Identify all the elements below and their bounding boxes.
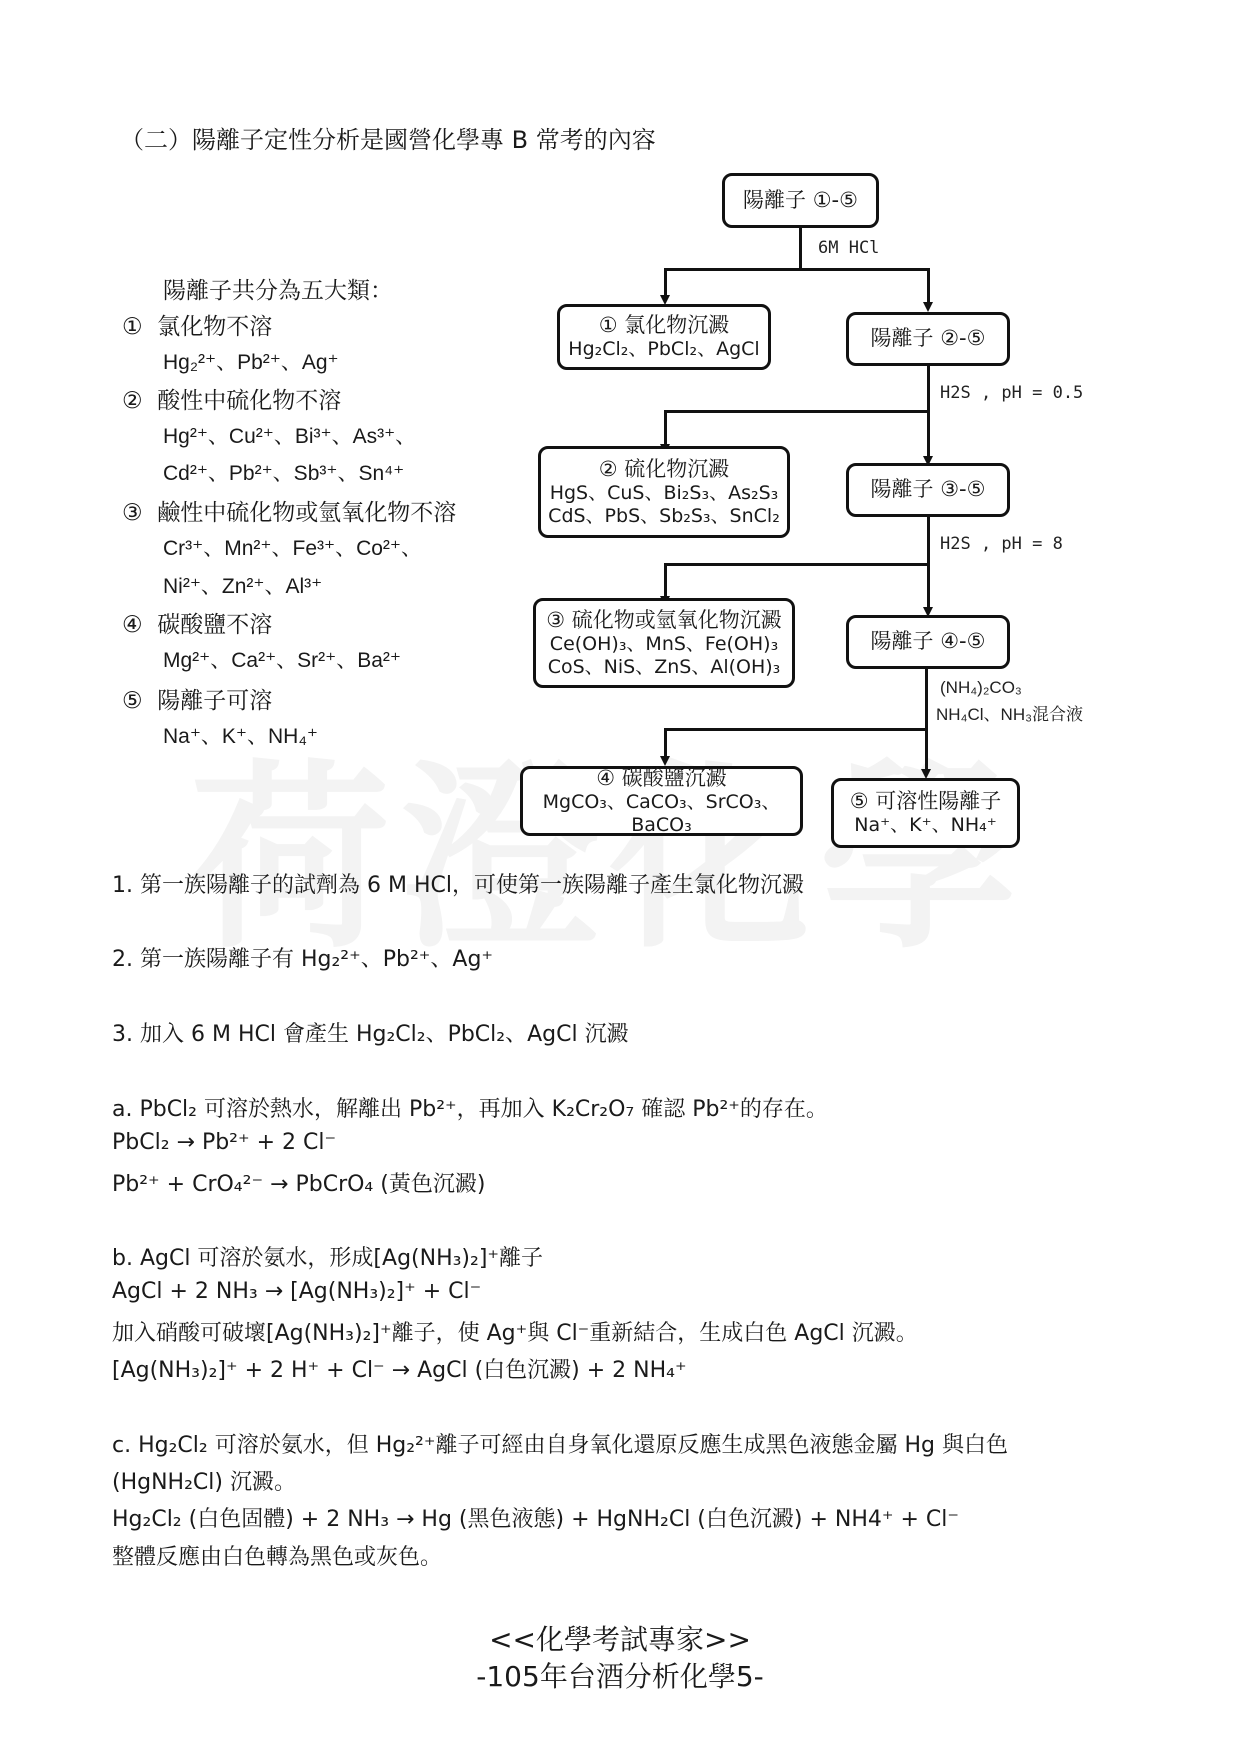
connector — [927, 366, 930, 460]
note-c-eq: Hg₂Cl₂ (白色固體) + 2 NH₃ → Hg (黑色液態) + HgNH… — [112, 1502, 959, 1533]
remaining-2-5-box: 陽離子 ②-⑤ — [846, 312, 1010, 366]
remaining-4-5-box: 陽離子 ④-⑤ — [846, 615, 1010, 669]
section-title: （二）陽離子定性分析是國營化學專 B 常考的內容 — [120, 120, 656, 155]
connector — [664, 410, 667, 446]
connector — [664, 268, 930, 271]
ppt-group1-box: ① 氯化物沉澱 Hg₂Cl₂、PbCl₂、AgCl — [557, 304, 771, 370]
group-5-ions: Na⁺、K⁺、NH₄⁺ — [163, 720, 318, 750]
group-2-ions-line1: Hg²⁺、Cu²⁺、Bi³⁺、As³⁺、 — [163, 420, 416, 450]
connector — [664, 410, 930, 413]
note-1: 1. 第一族陽離子的試劑為 6 M HCl，可使第一族陽離子產生氯化物沉澱 — [112, 868, 804, 899]
connector — [664, 268, 667, 296]
footer-brand: <<化學考試專家>> — [0, 1618, 1240, 1658]
note-b-line1: b. AgCl 可溶於氨水，形成[Ag(NH₃)₂]⁺離子 — [112, 1241, 543, 1272]
note-2: 2. 第一族陽離子有 Hg₂²⁺、Pb²⁺、Ag⁺ — [112, 942, 493, 973]
connector — [664, 563, 930, 566]
group-3-ions-line1: Cr³⁺、Mn²⁺、Fe³⁺、Co²⁺、 — [163, 532, 422, 562]
connector — [664, 563, 667, 597]
group-2-label: ② 酸性中硫化物不溶 — [122, 382, 341, 415]
reagent-2: H2S , pH = 0.5 — [940, 383, 1083, 403]
note-a-eq2: Pb²⁺ + CrO₄²⁻ → PbCrO₄ (黃色沉澱) — [112, 1167, 485, 1198]
connector — [664, 728, 667, 758]
note-c-line1: c. Hg₂Cl₂ 可溶於氨水，但 Hg₂²⁺離子可經由自身氧化還原反應生成黑色… — [112, 1428, 1008, 1459]
flow-start-box: 陽離子 ①-⑤ — [722, 173, 879, 228]
note-b-eq1: AgCl + 2 NH₃ → [Ag(NH₃)₂]⁺ + Cl⁻ — [112, 1279, 481, 1304]
connector — [927, 268, 930, 303]
reagent-4-line2: NH₄Cl、NH₃混合液 — [936, 700, 1083, 725]
group-2-ions-line2: Cd²⁺、Pb²⁺、Sb³⁺、Sn⁴⁺ — [163, 457, 404, 487]
group-1-ions: Hg₂²⁺、Pb²⁺、Ag⁺ — [163, 346, 339, 376]
note-a-eq1: PbCl₂ → Pb²⁺ + 2 Cl⁻ — [112, 1130, 336, 1155]
group-1-label: ① 氯化物不溶 — [122, 308, 272, 341]
group-4-label: ④ 碳酸鹽不溶 — [122, 606, 272, 639]
connector — [925, 669, 928, 771]
note-c-line2: (HgNH₂Cl) 沉澱。 — [112, 1465, 296, 1496]
note-a-line1: a. PbCl₂ 可溶於熱水，解離出 Pb²⁺，再加入 K₂Cr₂O₇ 確認 P… — [112, 1092, 828, 1123]
note-3: 3. 加入 6 M HCl 會產生 Hg₂Cl₂、PbCl₂、AgCl 沉澱 — [112, 1017, 629, 1048]
note-c-line3: 整體反應由白色轉為黑色或灰色。 — [112, 1540, 442, 1571]
connector — [664, 728, 928, 731]
soluble-group5-box: ⑤ 可溶性陽離子 Na⁺、K⁺、NH₄⁺ — [831, 778, 1020, 848]
reagent-3: H2S , pH = 8 — [940, 534, 1063, 554]
group-4-ions: Mg²⁺、Ca²⁺、Sr²⁺、Ba²⁺ — [163, 644, 401, 674]
group-3-ions-line2: Ni²⁺、Zn²⁺、Al³⁺ — [163, 570, 322, 600]
footer-page: -105年台酒分析化學5- — [0, 1655, 1240, 1695]
note-b-eq2: [Ag(NH₃)₂]⁺ + 2 H⁺ + Cl⁻ → AgCl (白色沉澱) +… — [112, 1353, 687, 1384]
group-3-label: ③ 鹼性中硫化物或氫氧化物不溶 — [122, 494, 456, 527]
reagent-1: 6M HCl — [818, 238, 879, 258]
note-b-line2: 加入硝酸可破壞[Ag(NH₃)₂]⁺離子，使 Ag⁺與 Cl⁻重新結合，生成白色… — [112, 1316, 918, 1347]
ppt-group3-box: ③ 硫化物或氫氧化物沉澱 Ce(OH)₃、MnS、Fe(OH)₃ CoS、NiS… — [533, 598, 795, 688]
arrow-down-icon — [923, 302, 933, 312]
classification-heading: 陽離子共分為五大類： — [163, 272, 393, 305]
arrow-down-icon — [660, 756, 670, 766]
ppt-group2-box: ② 硫化物沉澱 HgS、CuS、Bi₂S₃、As₂S₃ CdS、PbS、Sb₂S… — [538, 446, 790, 538]
connector — [799, 228, 802, 270]
remaining-3-5-box: 陽離子 ③-⑤ — [846, 463, 1010, 517]
ppt-group4-box: ④ 碳酸鹽沉澱 MgCO₃、CaCO₃、SrCO₃、BaCO₃ — [520, 766, 803, 836]
reagent-4-line1: (NH₄)₂CO₃ — [940, 678, 1022, 698]
group-5-label: ⑤ 陽離子可溶 — [122, 682, 272, 715]
